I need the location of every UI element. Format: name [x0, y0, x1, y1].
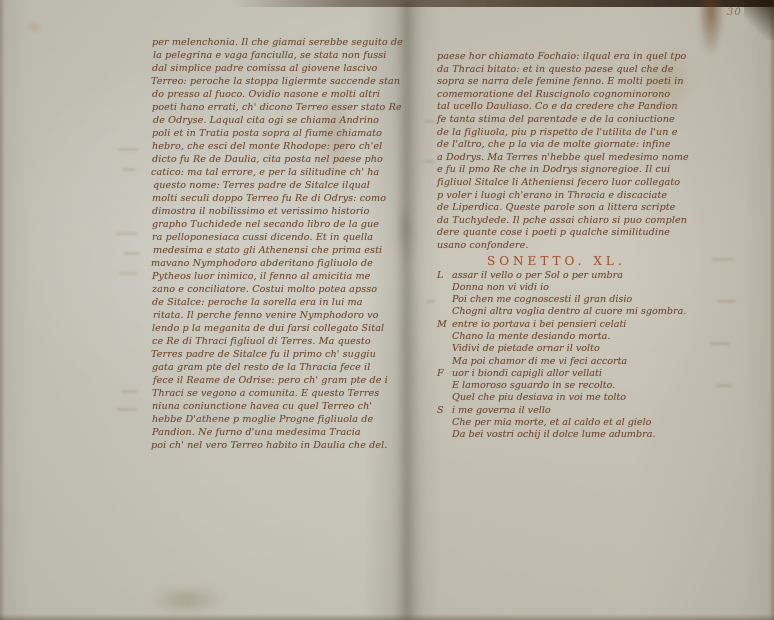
- folio-number: 30: [727, 7, 742, 18]
- sonnet-verse-line: Vidivi de pietade ornar il volto: [437, 343, 717, 355]
- ink-drip-stain: [698, 0, 724, 56]
- verse-initial: S: [437, 405, 444, 417]
- manuscript-line: lendo p la meganita de dui farsi collega…: [152, 322, 408, 335]
- right-page: paese hor chiamato Fochaio: ilqual era i…: [437, 51, 717, 442]
- manuscript-line: dicto fu Re de Daulia, cita posta nel pa…: [152, 153, 408, 166]
- verse-text: Donna non vi vidi io: [452, 282, 549, 293]
- verse-text: uor i biondi capigli allor vellati: [452, 368, 602, 379]
- manuscript-line: figliuol Sitalce li Atheniensi fecero lu…: [437, 177, 717, 190]
- manuscript-line: e fu il pmo Re che in Dodrys signoregioe…: [437, 164, 717, 177]
- verse-text: Poi chen me cognoscesti il gran disio: [452, 294, 632, 305]
- manuscript-line: molti seculi doppo Terreo fu Re di Odrys…: [152, 192, 408, 205]
- verse-text: i me governa il vello: [452, 405, 551, 416]
- manuscript-line: per melenchonia. Il che giamai serebbe s…: [152, 36, 408, 49]
- manuscript-line: sopra se narra dele femine fenno. E molt…: [437, 76, 717, 89]
- left-page: per melenchonia. Il che giamai serebbe s…: [152, 36, 408, 452]
- manuscript-line: poeti hano errati, ch' dicono Terreo ess…: [152, 101, 408, 114]
- manuscript-line: de Sitalce: peroche la sorella era in lu…: [152, 296, 408, 309]
- sonnet-verse-line: Poi chen me cognoscesti il gran disio: [437, 294, 717, 306]
- sonnet-verse-line: Chano la mente desiando morta.: [437, 331, 717, 343]
- manuscript-line: de Odryse. Laqual cita ogi se chiama And…: [153, 114, 409, 127]
- verse-text: Quel che piu desiava in voi me tolto: [452, 392, 626, 403]
- manuscript-line: questo nome: Terres padre de Sitalce ilq…: [153, 179, 409, 192]
- show-through-mark: [122, 168, 136, 171]
- sonnet-block: L assar il vello o per Sol o per umbra D…: [437, 270, 717, 442]
- manuscript-line: paese hor chiamato Fochaio: ilqual era i…: [437, 51, 717, 64]
- manuscript-line: catico: ma tal errore, e per la silitudi…: [151, 166, 407, 179]
- manuscript-line: hebro, che esci del monte Rhodope: pero …: [152, 140, 408, 153]
- page-left-edge: [0, 0, 5, 620]
- sonnet-verse-line: S i me governa il vello: [437, 405, 717, 417]
- sonnet-verse-line: Donna non vi vidi io: [437, 282, 717, 294]
- spot-stain: [28, 22, 41, 32]
- verse-initial: F: [437, 368, 444, 380]
- sonnet-verse-line: L assar il vello o per Sol o per umbra: [437, 270, 717, 282]
- manuscript-line: Thraci se vegono a comunita. E questo Te…: [152, 387, 408, 400]
- manuscript-line: tal ucello Dauliaso. Co e da credere che…: [437, 101, 717, 114]
- show-through-mark: [119, 272, 137, 275]
- verse-initial: M: [437, 319, 447, 331]
- manuscript-line: ritata. Il perche fenno venire Nymphodor…: [153, 309, 409, 322]
- manuscript-line: grapho Tuchidede nel secando libro de la…: [152, 218, 408, 231]
- manuscript-line: medesima e stato gli Athenensi che prima…: [153, 244, 409, 257]
- verse-text: E lamoroso sguardo in se recolto.: [452, 380, 615, 391]
- manuscript-line: poli et in Tratia posta sopra al fiume c…: [152, 127, 408, 140]
- sonnet-verse-line: Ma poi chamor di me vi feci accorta: [437, 356, 717, 368]
- right-prose-block: paese hor chiamato Fochaio: ilqual era i…: [437, 51, 717, 253]
- foot-smudge-stain: [148, 586, 226, 614]
- manuscript-line: zano e conciliatore. Costui molto potea …: [152, 283, 408, 296]
- manuscript-line: fe tanta stima del parentade e de la con…: [437, 114, 717, 127]
- manuscript-line: niuna coniunctione havea cu quel Terreo …: [152, 400, 408, 413]
- sonnet-verse-line: F uor i biondi capigli allor vellati: [437, 368, 717, 380]
- manuscript-line: gata gram pte del resto de la Thracia fe…: [152, 361, 408, 374]
- manuscript-line: fece il Reame de Odrise: pero ch' gram p…: [153, 374, 409, 387]
- show-through-mark: [124, 252, 140, 255]
- manuscript-line: ra pelloponesiaca cussi dicendo. Et in q…: [152, 231, 408, 244]
- manuscript-line: Pandion. Ne furno d'una medesima Tracia: [152, 426, 408, 439]
- manuscript-line: dere quante cose i poeti p qualche simil…: [437, 227, 717, 240]
- sonnet-verse-line: M entre io portava i bei pensieri celati: [437, 319, 717, 331]
- manuscript-line: Terres padre de Sitalce fu il primo ch' …: [151, 348, 407, 361]
- sonnet-verse-line: Che per mia morte, et al caldo et al gie…: [437, 417, 717, 429]
- manuscript-line: p voler i luogi ch'erano in Thracia e di…: [437, 190, 717, 203]
- manuscript-line: mavano Nymphodoro abderitano figliuolo d…: [151, 257, 407, 270]
- show-through-mark: [117, 408, 137, 411]
- show-through-mark: [426, 300, 435, 303]
- verse-text: Da bei vostri ochij il dolce lume adumbr…: [452, 429, 655, 440]
- page-top-edge: [0, 0, 774, 7]
- show-through-mark: [718, 300, 736, 303]
- manuscript-line: de la figliuola, piu p rispetto de l'uti…: [437, 127, 717, 140]
- manuscript-line: poi ch' nel vero Terreo habito in Daulia…: [151, 439, 407, 452]
- manuscript-line: dimostra il nobilissimo et verissimo his…: [152, 205, 408, 218]
- sonnet-verse-line: Quel che piu desiava in voi me tolto: [437, 392, 717, 404]
- sonnet-verse-line: Chogni altra voglia dentro al cuore mi s…: [437, 306, 717, 318]
- verse-text: assar il vello o per Sol o per umbra: [452, 270, 623, 281]
- verse-text: Chogni altra voglia dentro al cuore mi s…: [452, 306, 686, 317]
- show-through-mark: [116, 232, 138, 235]
- manuscript-line: Pytheos luor inimico, il fenno al amicit…: [152, 270, 408, 283]
- verse-text: Chano la mente desiando morta.: [452, 331, 610, 342]
- manuscript-line: de Liperdica. Queste parole son a litter…: [437, 202, 717, 215]
- manuscript-line: Terreo: peroche la stoppa ligiermte sacc…: [151, 75, 407, 88]
- manuscript-line: ce Re di Thraci figliuol di Terres. Ma q…: [152, 335, 408, 348]
- manuscript-line: de l'altro, che p la via de molte giorna…: [437, 139, 717, 152]
- manuscript-line: da Thraci bitato: et in questo paese que…: [437, 64, 717, 77]
- verse-initial: L: [437, 270, 443, 282]
- manuscript-line: da Tuchydede. Il pche assai chiaro si pu…: [437, 215, 717, 228]
- show-through-mark: [424, 160, 435, 163]
- sonnet-verse-line: Da bei vostri ochij il dolce lume adumbr…: [437, 429, 717, 441]
- show-through-mark: [118, 148, 138, 151]
- sonnet-heading: SONETTO. XL.: [487, 254, 717, 269]
- left-text-block: per melenchonia. Il che giamai serebbe s…: [152, 36, 408, 452]
- page-bottom-edge: [0, 614, 774, 620]
- manuscript-line: comemoratione del Ruscignolo cognominoro…: [437, 89, 717, 102]
- manuscript-line: hebbe D'athene p moglie Progne figliuola…: [152, 413, 408, 426]
- page-right-edge: [769, 0, 774, 620]
- sonnet-verse-line: E lamoroso sguardo in se recolto.: [437, 380, 717, 392]
- manuscript-line: a Dodrys. Ma Terres n'hebbe quel medesim…: [437, 152, 717, 165]
- verse-text: Vidivi de pietade ornar il volto: [452, 343, 600, 354]
- manuscript-line: dal simplice padre comissa al giovene la…: [152, 62, 408, 75]
- show-through-mark: [425, 120, 435, 123]
- show-through-mark: [121, 390, 138, 393]
- verse-text: entre io portava i bei pensieri celati: [452, 319, 626, 330]
- manuscript-line: do presso al fuoco. Ovidio nasone e molt…: [152, 88, 408, 101]
- verse-text: Che per mia morte, et al caldo et al gie…: [452, 417, 651, 428]
- manuscript-line: usano confondere.: [437, 240, 717, 253]
- manuscript-line: la pelegrina e vaga fanciulla, se stata …: [153, 49, 409, 62]
- manuscript-photo: 30 per melenchonia. Il che giamai serebb…: [0, 0, 774, 620]
- show-through-mark: [716, 384, 732, 387]
- verse-text: Ma poi chamor di me vi feci accorta: [452, 356, 627, 367]
